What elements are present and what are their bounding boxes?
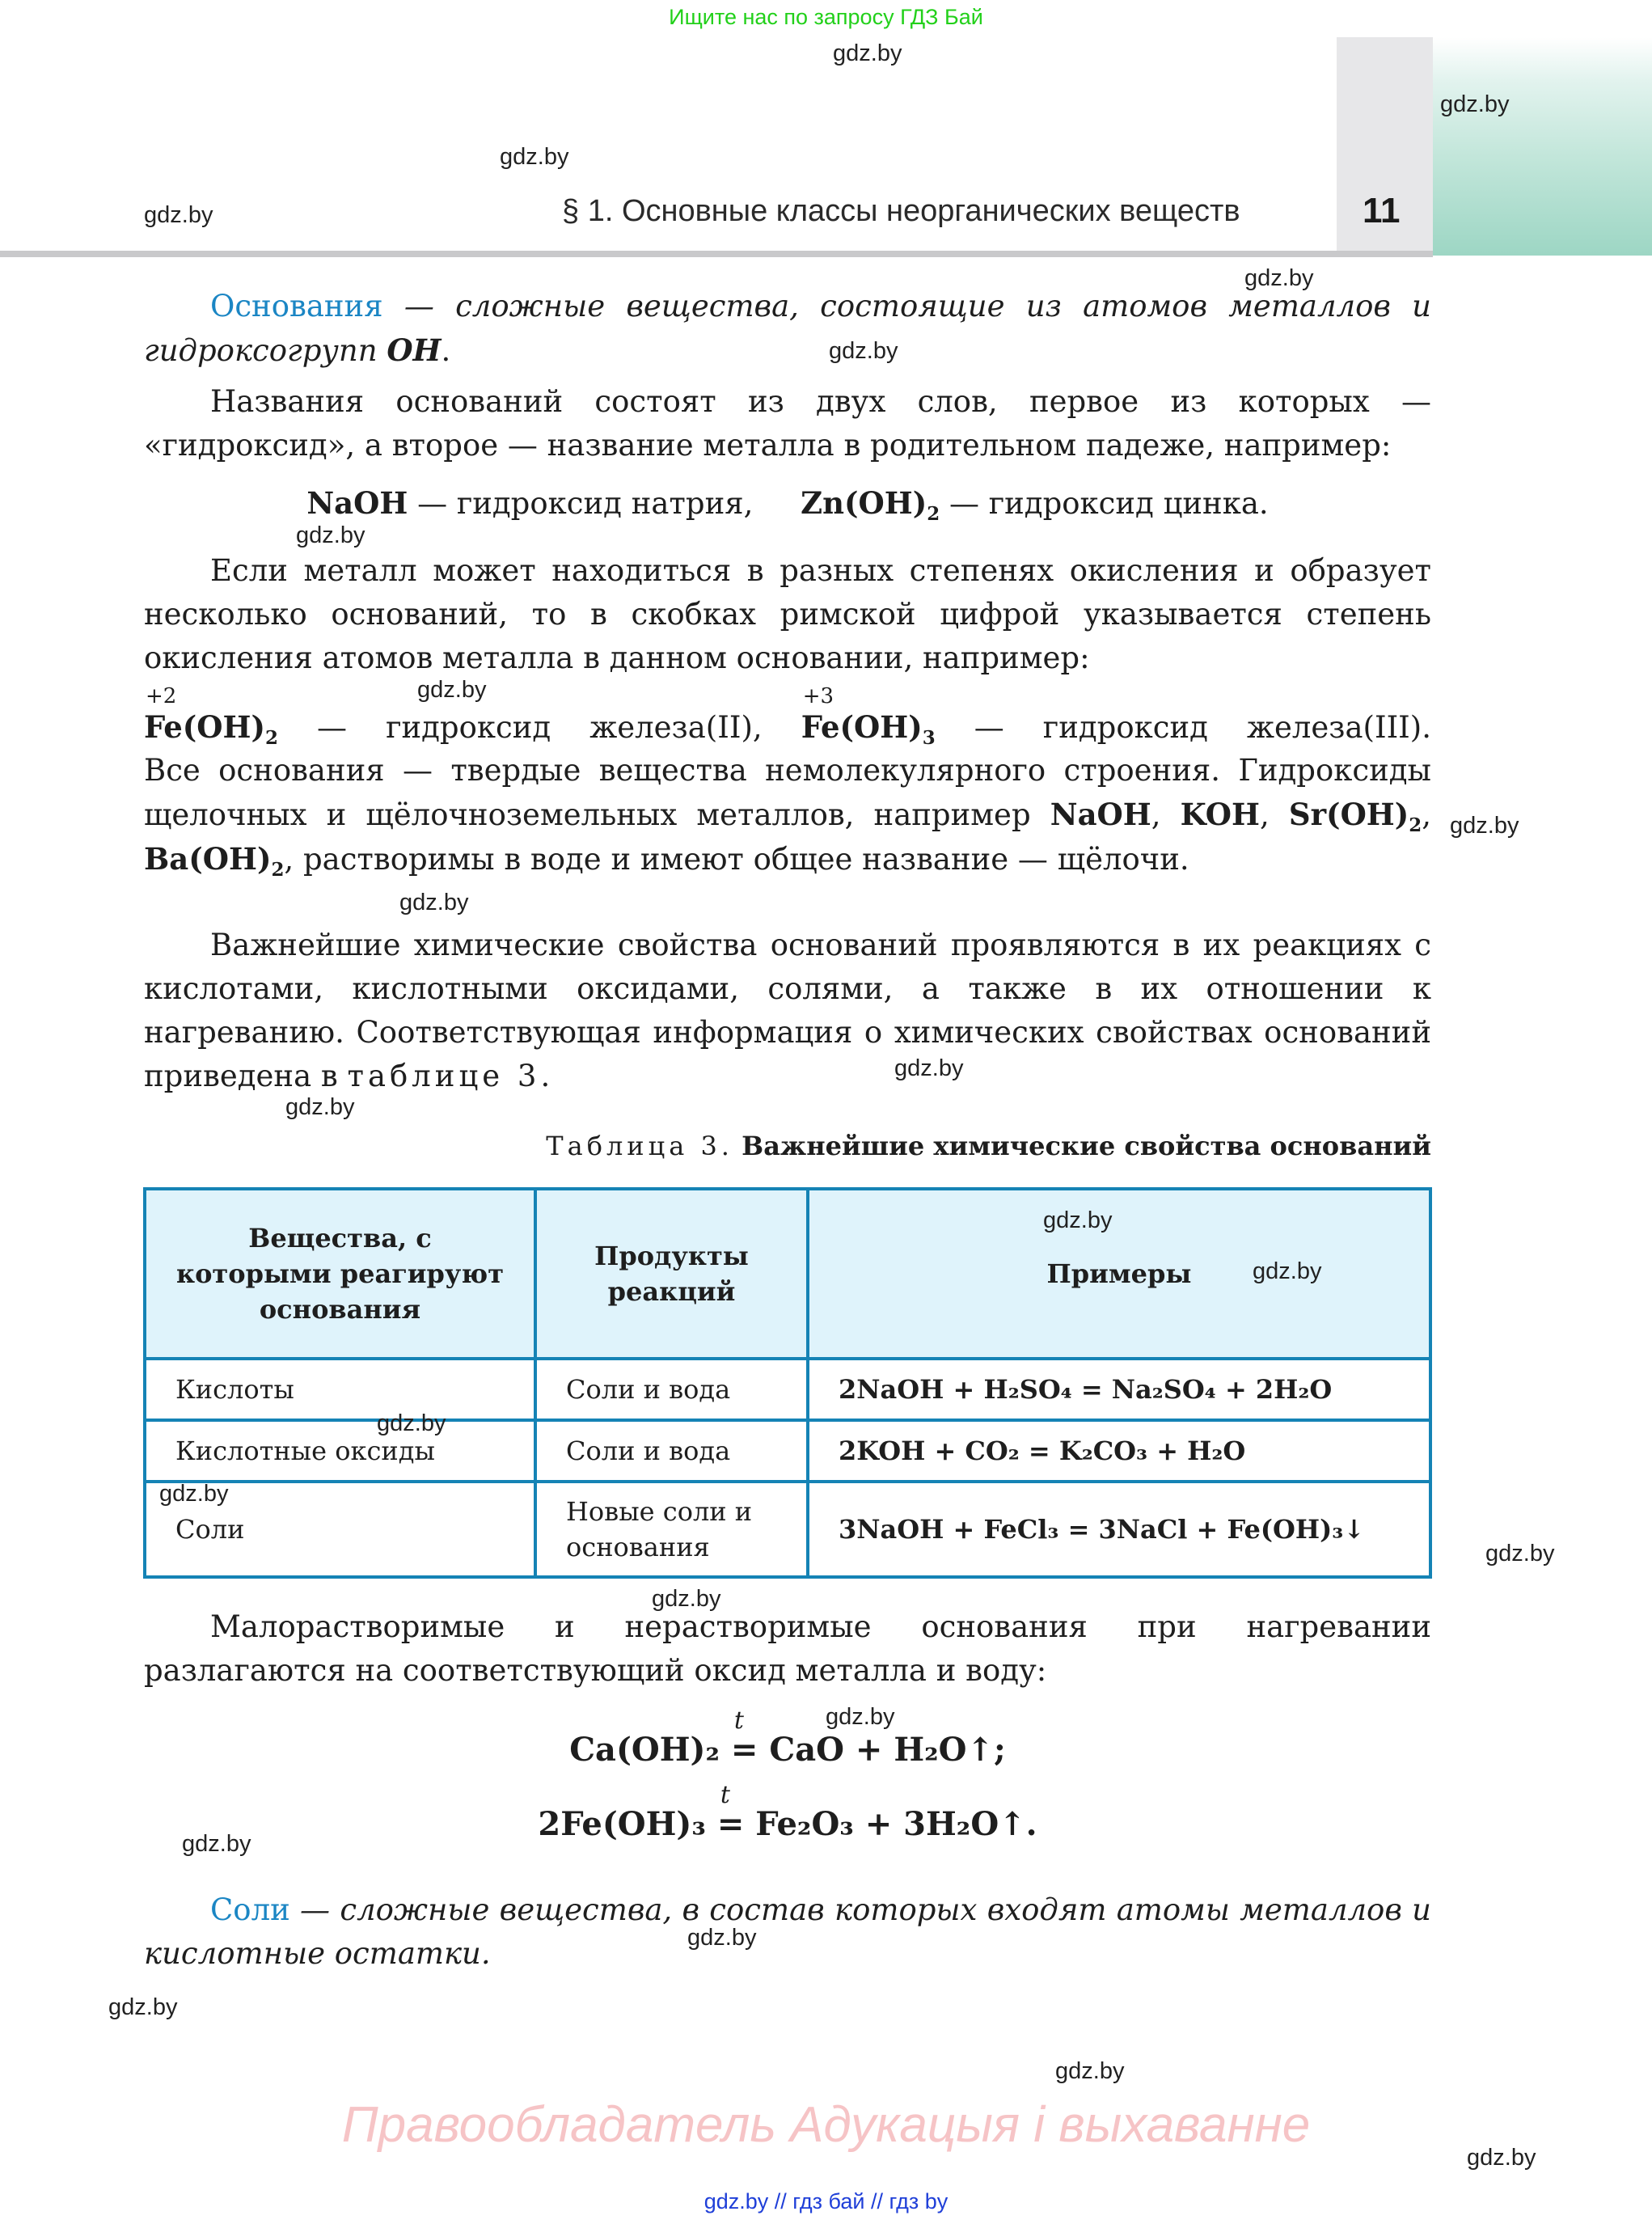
watermark: gdz.by: [182, 1833, 251, 1856]
table-title: Важнейшие химические свойства оснований: [741, 1131, 1431, 1161]
watermark: gdz.by: [417, 679, 486, 702]
cell-reagent: Кислоты: [145, 1359, 535, 1420]
formula-naoh: NaOH: [1050, 797, 1151, 832]
watermark: gdz.by: [687, 1926, 756, 1950]
hydroxyl-formula: OH: [387, 332, 441, 368]
alkali-paragraph: Все основания — твердые вещества немолек…: [144, 749, 1431, 882]
running-title: § 1. Основные классы неорганических веще…: [562, 194, 1240, 229]
formula-koh: KOH: [1181, 797, 1260, 832]
search-banner[interactable]: Ищите нас по запросу ГДЗ Бай: [0, 5, 1652, 30]
formula-znoh2: Zn(OH)2: [801, 485, 940, 521]
properties-paragraph: Важнейшие химические свойства оснований …: [144, 924, 1431, 1098]
equation-caoh2: Ca(OH)₂ t= CaO + H₂O↑;: [144, 1731, 1431, 1769]
header-reagents: Вещества, с которыми реагируют основания: [145, 1189, 535, 1359]
formula-baoh2: Ba(OH)2: [144, 841, 284, 877]
table-reference: таблице 3: [347, 1059, 540, 1093]
table-row: Кислотные оксиды Соли и вода 2KOH + CO₂ …: [145, 1420, 1430, 1482]
watermark: gdz.by: [1467, 2146, 1536, 2170]
table-header-row: Вещества, с которыми реагируют основания…: [145, 1189, 1430, 1359]
watermark: gdz.by: [399, 891, 468, 915]
salts-definition: Соли — сложные вещества, в состав которы…: [144, 1888, 1431, 1976]
watermark: gdz.by: [894, 1057, 963, 1080]
cell-example: 3NaOH + FeCl₃ = 3NaCl + Fe(OH)₃↓: [808, 1482, 1430, 1577]
formula-naoh: NaOH: [306, 485, 408, 521]
watermark: gdz.by: [1450, 814, 1519, 838]
watermark: gdz.by: [1253, 1260, 1321, 1283]
table-label: Таблица 3.: [546, 1131, 733, 1161]
header-examples: Примеры: [808, 1189, 1430, 1359]
formula-feoh2: +2Fe(OH)2: [144, 705, 278, 749]
watermark: gdz.by: [285, 1096, 354, 1119]
watermark: gdz.by: [1244, 267, 1313, 290]
header-accent-gradient: [1433, 37, 1652, 256]
cell-products: Соли и вода: [535, 1359, 808, 1420]
heat-equals-sign: t=: [731, 1731, 758, 1769]
term-bases: Основания: [210, 289, 383, 323]
oxidation-state: +2: [146, 674, 176, 718]
watermark: gdz.by: [144, 204, 213, 227]
watermark: gdz.by: [826, 1706, 894, 1729]
page-number: 11: [1363, 191, 1401, 231]
heat-equals-sign: t=: [717, 1805, 745, 1843]
watermark: gdz.by: [108, 1996, 177, 2019]
bases-definition: Основания — сложные вещества, состоящие …: [144, 285, 1431, 373]
table-row: Кислоты Соли и вода 2NaOH + H₂SO₄ = Na₂S…: [145, 1359, 1430, 1420]
header-products: Продукты реакций: [535, 1189, 808, 1359]
naming-paragraph: Названия оснований состоят из двух слов,…: [144, 380, 1431, 467]
example-text: — гидроксид натрия,: [408, 486, 753, 521]
cell-example: 2NaOH + H₂SO₄ = Na₂SO₄ + 2H₂O: [808, 1359, 1430, 1420]
cell-reagent: Кислотные оксиды: [145, 1420, 535, 1482]
watermark: gdz.by: [159, 1482, 228, 1506]
table-row: Соли Новые соли и основания 3NaOH + FeCl…: [145, 1482, 1430, 1577]
watermark: gdz.by: [296, 524, 365, 548]
footer-links[interactable]: gdz.by // гдз бай // гдз by: [0, 2189, 1652, 2214]
watermark: gdz.by: [500, 146, 568, 169]
base-properties-table: Вещества, с которыми реагируют основания…: [143, 1187, 1432, 1579]
cell-products: Новые соли и основания: [535, 1482, 808, 1577]
cell-example: 2KOH + CO₂ = K₂CO₃ + H₂O: [808, 1420, 1430, 1482]
oxidation-paragraph: Если металл может находиться в разных ст…: [144, 549, 1431, 680]
watermark: gdz.by: [1055, 2060, 1124, 2083]
cell-products: Соли и вода: [535, 1420, 808, 1482]
table-caption: Таблица 3. Важнейшие химические свойства…: [546, 1131, 1431, 1161]
watermark: gdz.by: [829, 340, 898, 363]
watermark: gdz.by: [652, 1588, 720, 1611]
oxidation-state: +3: [803, 674, 834, 718]
watermark: gdz.by: [833, 42, 902, 66]
formula-feoh3: +3Fe(OH)3: [801, 705, 936, 749]
rights-notice: Правообладатель Адукацыя і выхаванне: [0, 2096, 1652, 2154]
watermark: gdz.by: [1440, 93, 1509, 116]
example-text: — гидроксид цинка.: [940, 486, 1268, 521]
salts-definition-text: — сложные вещества, в состав которых вхо…: [144, 1892, 1431, 1971]
watermark: gdz.by: [1043, 1209, 1112, 1233]
naming-examples: NaOH — гидроксид натрия, Zn(OH)2 — гидро…: [144, 485, 1431, 521]
watermark: gdz.by: [377, 1412, 446, 1435]
period: .: [442, 333, 451, 368]
equation-feoh3: 2Fe(OH)₃ t= Fe₂O₃ + 3H₂O↑.: [144, 1805, 1431, 1843]
formula-sroh2: Sr(OH)2: [1289, 797, 1422, 832]
decomposition-paragraph: Малорастворимые и нерастворимые основани…: [144, 1605, 1431, 1693]
oxidation-examples: +2Fe(OH)2 — гидроксид железа(II), +3Fe(O…: [144, 705, 1431, 750]
term-salts: Соли: [210, 1892, 290, 1927]
header-rule: [0, 251, 1433, 257]
watermark: gdz.by: [1485, 1542, 1554, 1566]
